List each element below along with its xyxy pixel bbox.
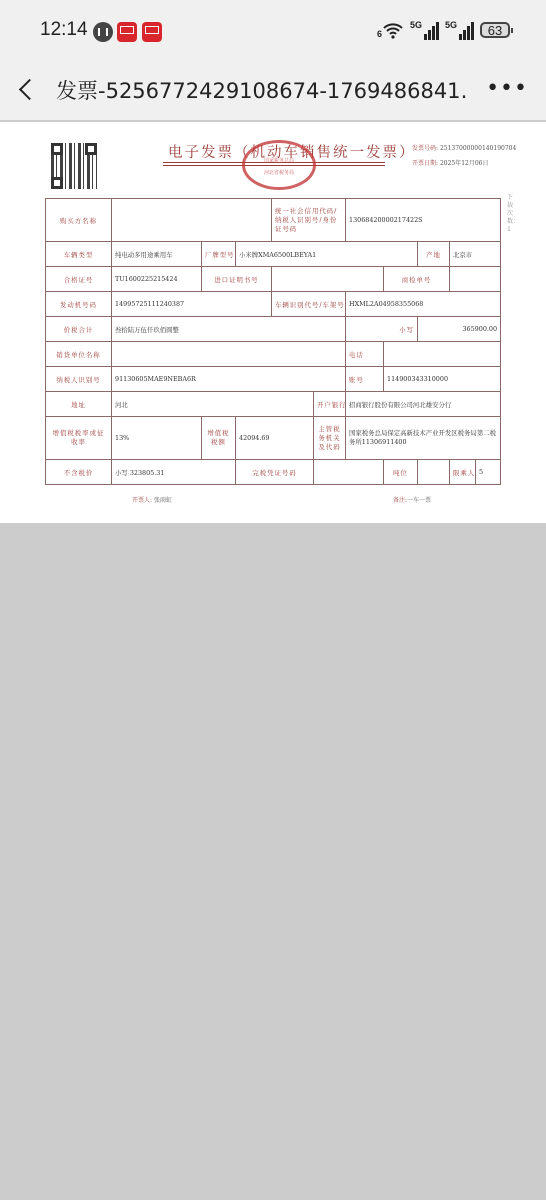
phone	[384, 342, 501, 367]
battery-icon: 63	[480, 22, 510, 38]
battery-level: 63	[488, 23, 502, 38]
remark-text: 一车一票	[407, 497, 431, 504]
account-number: 114900343310000	[384, 367, 501, 392]
invoice-number-label: 发票号码:	[412, 145, 438, 152]
official-seal: 国家税务总局 河北省税务局	[242, 140, 316, 190]
buyer-id-label: 统一社会信用代码/纳税人识别号/身份证号码	[272, 199, 346, 242]
address-label: 地址	[46, 392, 112, 417]
table-row: 合格证号 TU1600225215424 进口证明书号 商检单号	[46, 267, 501, 292]
pretax-amount: 小写 323805.31	[112, 460, 236, 485]
news-app-icon	[142, 22, 162, 42]
passengers: 5	[476, 460, 501, 485]
table-row: 发动机号码 14995725111240387 车辆识别代号/车架号码 HXML…	[46, 292, 501, 317]
pretax-label: 不含税价	[46, 460, 112, 485]
total-words: 叁拾陆万伍仟玖佰圆整	[112, 317, 346, 342]
audio-recording-icon	[93, 22, 113, 42]
phone-label: 电话	[346, 342, 384, 367]
seller-label: 销货单位名称	[46, 342, 112, 367]
seller-name	[112, 342, 346, 367]
vat-amount: 42094.69	[236, 417, 314, 460]
title-bar: 发票-5256772429108674-1769486841… •••	[0, 62, 546, 120]
import-cert-label: 进口证明书号	[202, 267, 272, 292]
seal-text: 国家税务总局	[245, 157, 313, 164]
table-row: 增值税税率或征收率 13% 增值税税额 42094.69 主管税务机关及代码 国…	[46, 417, 501, 460]
signal-label: 5G	[410, 20, 422, 30]
engine-number: 14995725111240387	[112, 292, 272, 317]
buyer-name-label: 购买方名称	[46, 199, 112, 242]
news-app-icon	[117, 22, 137, 42]
issuer-name: 张雨虹	[154, 497, 172, 504]
inspection-label: 商检单号	[384, 267, 450, 292]
invoice-number: 发票号码: 25137000000140190704	[412, 143, 516, 152]
signal-icon: 5G	[445, 20, 474, 40]
taxpayer-label: 纳税人识别号	[46, 367, 112, 392]
invoice-date-value: 2025年12月06日	[440, 160, 489, 167]
buyer-id: 13068420000217422S	[346, 199, 501, 242]
cert-number: TU1600225215424	[112, 267, 202, 292]
invoice-table: 购买方名称 统一社会信用代码/纳税人识别号/身份证号码 130684200002…	[45, 198, 501, 485]
invoice-number-value: 25137000000140190704	[440, 145, 516, 152]
download-count: 下载次数：1	[507, 194, 515, 234]
import-cert	[272, 267, 384, 292]
tonnage-label: 吨位	[384, 460, 418, 485]
table-row: 地址 河北 开户银行 招商银行股份有限公司河北雄安分行	[46, 392, 501, 417]
back-button[interactable]	[14, 76, 42, 104]
inspection-number	[450, 267, 501, 292]
engine-label: 发动机号码	[46, 292, 112, 317]
file-title: 发票-5256772429108674-1769486841…	[56, 75, 466, 105]
total-small: 365900.00	[418, 317, 501, 342]
issuer: 开票人: 张雨虹	[132, 495, 172, 504]
vat-rate-label: 增值税税率或征收率	[46, 417, 112, 460]
model: 小米牌XMA6500LBEYA1	[236, 242, 418, 267]
vehicle-type: 纯电动多用途乘用车	[112, 242, 202, 267]
wifi-icon: 6	[377, 21, 404, 39]
authority-label: 主管税务机关及代码	[314, 417, 346, 460]
remark: 备注:一车一票	[393, 495, 431, 504]
origin: 北京市	[450, 242, 501, 267]
address: 河北	[112, 392, 314, 417]
vat-amount-label: 增值税税额	[202, 417, 236, 460]
taxpayer-id: 91130605MAE9NEBA6R	[112, 367, 346, 392]
duty-cert	[314, 460, 384, 485]
account-label: 账号	[346, 367, 384, 392]
origin-label: 产地	[418, 242, 450, 267]
invoice-document: 电子发票（机动车销售统一发票） 国家税务总局 河北省税务局 发票号码: 2513…	[0, 122, 546, 523]
qr-code	[51, 143, 97, 189]
authority: 国家税务总局保定高新技术产业开发区税务局第二税务所11306911400	[346, 417, 501, 460]
vehicle-type-label: 车辆类型	[46, 242, 112, 267]
table-row: 购买方名称 统一社会信用代码/纳税人识别号/身份证号码 130684200002…	[46, 199, 501, 242]
remark-label: 备注:	[393, 497, 407, 504]
table-row: 纳税人识别号 91130605MAE9NEBA6R 账号 11490034331…	[46, 367, 501, 392]
model-label: 厂牌型号	[202, 242, 236, 267]
cert-label: 合格证号	[46, 267, 112, 292]
duty-cert-label: 完税凭证号码	[236, 460, 314, 485]
system-status: 6 5G 5G 63	[377, 20, 510, 40]
total-small-label: 小写	[346, 317, 418, 342]
issuer-label: 开票人:	[132, 497, 152, 504]
status-bar: 12:14 6 5G 5G 63	[0, 0, 546, 62]
table-row: 销货单位名称 电话	[46, 342, 501, 367]
vin-label: 车辆识别代号/车架号码	[272, 292, 346, 317]
clock: 12:14	[40, 19, 88, 41]
bank: 招商银行股份有限公司河北雄安分行	[346, 392, 501, 417]
vat-rate: 13%	[112, 417, 202, 460]
invoice-date-label: 开票日期:	[412, 160, 438, 167]
signal-label: 5G	[445, 20, 457, 30]
invoice-date: 开票日期: 2025年12月06日	[412, 158, 489, 167]
table-row: 价税合计 叁拾陆万伍仟玖佰圆整 小写 365900.00	[46, 317, 501, 342]
total-label: 价税合计	[46, 317, 112, 342]
buyer-name	[112, 199, 272, 242]
more-options-button[interactable]: •••	[486, 76, 528, 101]
table-row: 不含税价 小写 323805.31 完税凭证号码 吨位 限乘人数 5	[46, 460, 501, 485]
bank-label: 开户银行	[314, 392, 346, 417]
tonnage	[418, 460, 450, 485]
vin: HXML2A04958355068	[346, 292, 501, 317]
signal-icon: 5G	[410, 20, 439, 40]
seal-text: 河北省税务局	[245, 169, 313, 176]
passengers-label: 限乘人数	[450, 460, 476, 485]
table-row: 车辆类型 纯电动多用途乘用车 厂牌型号 小米牌XMA6500LBEYA1 产地 …	[46, 242, 501, 267]
